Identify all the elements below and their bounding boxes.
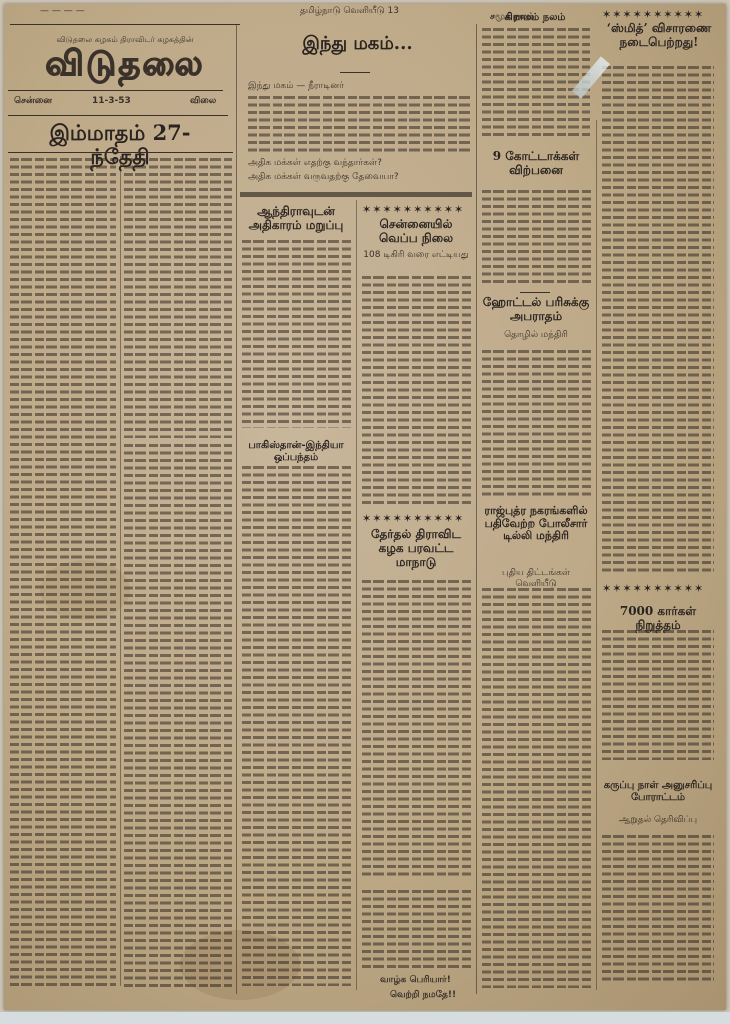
star-divider: ✶✶✶✶✶✶✶✶✶✶ [362,512,474,525]
pakistan-headline: பாகிஸ்தான்-இந்தியா ஒப்பந்தம் [240,440,352,463]
top-strip-left: — — — — [40,6,85,16]
snippet-line: அதிக மக்கள் வருவதற்கு தேவையா? [248,172,470,183]
masthead-title: விடுதலை [25,44,225,88]
dekkan-body [362,890,472,970]
indhu-magam-body [248,96,470,156]
9-kodi-body [482,190,592,285]
hotel-body [482,350,592,500]
indhu-magam-headline: இந்து மகம்... [245,34,470,55]
andhra-headline: ஆந்திராவுடன் அதிகாரம் மறுப்பு [240,205,352,233]
star-divider: ✶✶✶✶✶✶✶✶✶✶ [362,203,474,216]
lead-article-body [124,158,232,438]
rajputana-subhead: புதிய திட்டங்கள் வெளியீடு [480,568,592,590]
smith-body [602,66,714,576]
background-surface [0,1012,730,1024]
indhu-magam-snippet: இந்து மகம் — நீராடினர் [248,80,470,93]
hotel-subhead: தொழில் மந்திரி [480,330,592,341]
snippet-line: இந்து மகம் — நீராடினர் [248,80,470,93]
divider [8,90,223,91]
divider [8,152,233,153]
bottom-right-headline: கருப்பு நாள் அனுசரிப்பு போராட்டம் [600,780,716,803]
divider [8,115,228,116]
divider [520,292,550,293]
signoff: வெற்றி நமதே!! [390,990,456,1001]
smith-headline: ‘ஸ்மித்’ விசாரணை நடைபெற்றது! [600,22,718,50]
column-rule [120,156,121,986]
masthead-price: விலை [190,96,216,107]
7000-headline: 7000 கார்கள் நிறுத்தம் [600,605,716,633]
column-rule [236,24,237,994]
gramam-headline: கிராமம் நலம் [480,12,590,24]
masthead-date: 11-3-53 [92,96,131,106]
9-kodi-headline: 9 கோட்டாக்கள் விற்பனை [480,150,592,178]
column-rule [476,24,477,994]
star-divider: ✶✶✶✶✶✶✶✶✶✶ [602,582,714,595]
hotel-headline: ஹோட்டல் பரிசுக்கு அபராதம் [480,296,592,324]
pakistan-body [242,466,352,986]
dekkan-body [362,580,472,880]
rajputana-headline: ராஜ்புத்ர நகரங்களில் பதிவேற்ற போலீசார் ட… [480,505,592,543]
bottom-right-subhead: ஆறுதல் தெரிவிப்பு [600,815,716,826]
bottom-right-body [602,835,714,985]
top-strip-center: தமிழ்நாடு வெளியீடு 13 [300,6,399,17]
column-rule [356,200,357,990]
gramam-body [482,28,590,138]
7000-body [602,630,714,760]
andhra-body [242,240,352,428]
chennai-heat-headline: சென்னையில் வெப்ப நிலை [360,218,472,246]
column-rule [596,120,597,990]
masthead-city: சென்னை [14,96,52,107]
dekkan-headline: தேர்தல் திராவிட கழக பரவட்ட மாநாடு [360,528,472,569]
divider-bar [240,192,472,197]
chennai-heat-subhead: 108 டிகிரி வரை எட்டியது [360,250,472,261]
rajputana-body [482,588,592,988]
snippet-line: அதிக மக்கள் எதற்கு வந்தார்கள்? [248,158,470,169]
divider [340,72,370,73]
lead-article-body [124,444,232,989]
lead-article-body [10,158,116,988]
chennai-heat-body [362,276,472,506]
star-divider: ✶✶✶✶✶✶✶✶✶✶ [602,8,712,21]
signoff: வாழ்க பெரியார்! [380,975,451,986]
divider [10,24,240,25]
